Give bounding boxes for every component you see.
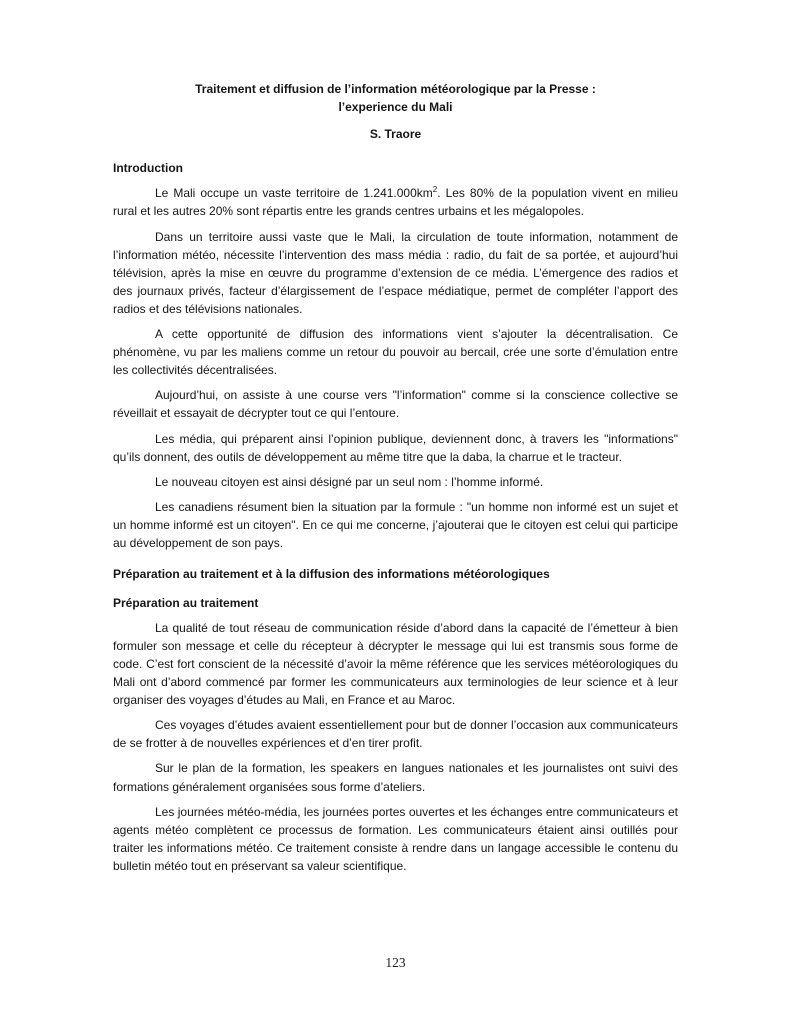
paragraph-media-opinion: Les média, qui préparent ainsi l’opinion… [113,430,678,466]
paragraph-mass-media: Dans un territoire aussi vaste que le Ma… [113,228,678,318]
section-heading-preparation-diffusion: Préparation au traitement et à la diffus… [113,565,678,583]
paragraph-voyages-etudes: Ces voyages d’études avaient essentielle… [113,716,678,752]
paragraph-reseau-communication: La qualité de tout réseau de communicati… [113,619,678,709]
section-heading-preparation-traitement: Préparation au traitement [113,594,678,612]
document-page: Traitement et diffusion de l’information… [0,0,791,1024]
title-line-2: l’experience du Mali [338,100,452,114]
paragraph-formation-speakers: Sur le plan de la formation, les speaker… [113,759,678,795]
page-number: 123 [0,955,791,971]
paragraph-journees-meteo-media: Les journées météo-média, les journées p… [113,803,678,875]
paragraph-homme-informe: Le nouveau citoyen est ainsi désigné par… [113,473,678,491]
title-line-1: Traitement et diffusion de l’information… [195,82,596,96]
paragraph-canadiens: Les canadiens résument bien la situation… [113,498,678,552]
author-name: S. Traore [113,125,678,143]
section-heading-introduction: Introduction [113,159,678,177]
paragraph-territory-text-before-superscript: Le Mali occupe un vaste territoire de 1.… [155,186,433,200]
paragraph-territory: Le Mali occupe un vaste territoire de 1.… [113,184,678,220]
paragraph-course-information: Aujourd’hui, on assiste à une course ver… [113,386,678,422]
paragraph-decentralisation: A cette opportunité de diffusion des inf… [113,325,678,379]
document-title: Traitement et diffusion de l’information… [113,80,678,116]
